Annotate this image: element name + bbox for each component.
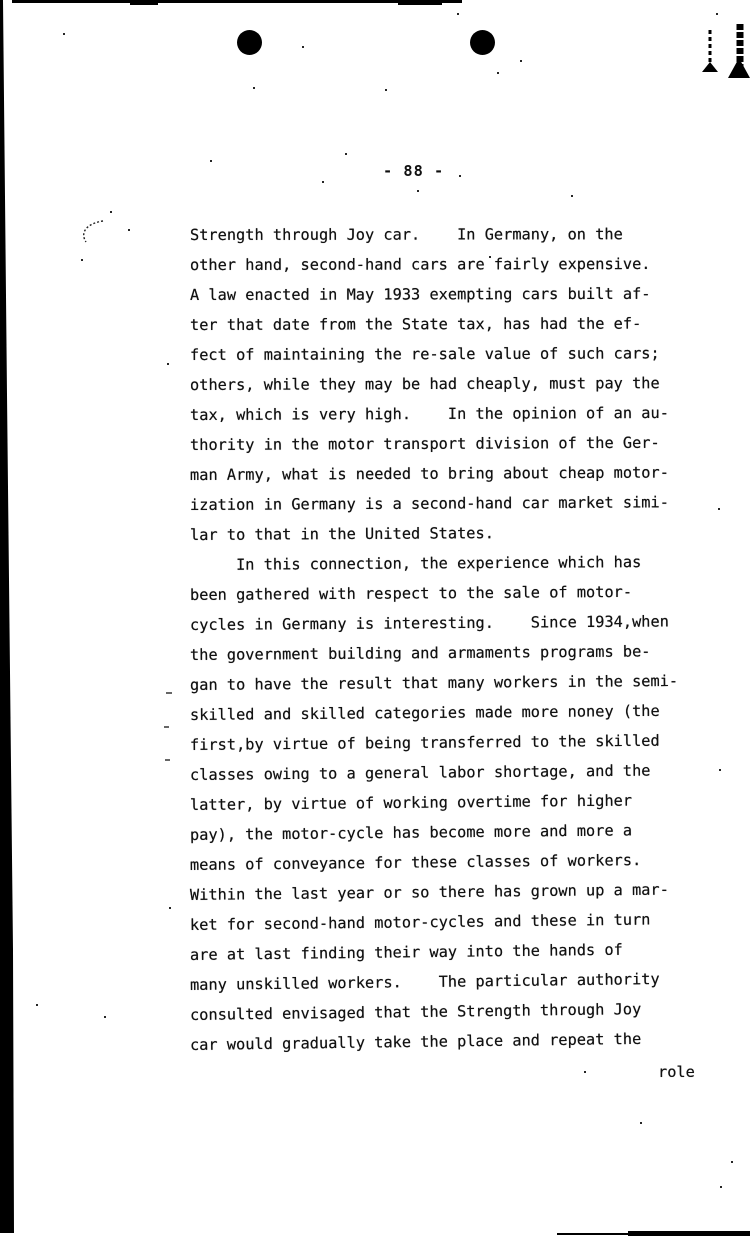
paper-speck (104, 1016, 106, 1018)
paper-speck (459, 175, 461, 177)
text-line: cycles in Germany is interesting. Since … (190, 606, 710, 640)
text-line: been gathered with respect to the sale o… (190, 576, 710, 610)
text-line: the government building and armaments pr… (190, 636, 710, 670)
paper-speck (385, 89, 387, 91)
text-line: other hand, second-hand cars are fairly … (190, 249, 710, 280)
paper-speck (63, 33, 65, 35)
text-line: skilled and skilled categories made more… (190, 695, 710, 730)
paper-speck (210, 160, 212, 162)
paper-speck (81, 259, 83, 261)
text-line: In this connection, the experience which… (190, 547, 710, 580)
paper-speck (322, 181, 324, 183)
text-line: thority in the motor transport division … (190, 428, 710, 460)
paper-speck (169, 907, 171, 909)
paper-speck (167, 363, 169, 365)
paper-speck (731, 1161, 733, 1163)
paper-speck (720, 1186, 722, 1188)
paper-speck (716, 13, 718, 15)
page-number: - 88 - (383, 162, 444, 180)
paper-speck (302, 46, 304, 48)
paper-speck (489, 256, 491, 258)
scan-edge-artifact-bottom (628, 1231, 750, 1236)
paper-speck (719, 769, 721, 771)
scan-edge-artifact-top-blob (398, 0, 442, 5)
scan-edge-artifact-left (0, 0, 15, 1233)
paper-speck (571, 195, 573, 197)
text-line: gan to have the result that many workers… (190, 666, 710, 700)
scan-edge-artifact-bottom (557, 1233, 632, 1235)
paper-speck (640, 1122, 642, 1124)
catchword: role (658, 1063, 695, 1081)
paper-speck (584, 1071, 586, 1073)
ink-smudge-marks (690, 10, 750, 100)
paper-speck (497, 72, 499, 74)
margin-tick-mark (165, 759, 170, 761)
scan-edge-artifact-top-blob (130, 0, 158, 5)
text-line: man Army, what is needed to bring about … (190, 457, 710, 490)
margin-tick-mark (166, 692, 172, 694)
text-line: A law enacted in May 1933 exempting cars… (190, 279, 710, 310)
scanned-document-page: - 88 - Strength through Joy car. In Germ… (0, 0, 750, 1238)
paper-speck (128, 229, 130, 231)
text-line: others, while they may be had cheaply, m… (190, 368, 710, 400)
paper-speck (110, 211, 112, 213)
text-line: ter that date from the State tax, has ha… (190, 308, 710, 340)
paper-speck (457, 13, 459, 15)
text-line: car would gradually take the place and r… (190, 1023, 710, 1060)
paper-speck (253, 87, 255, 89)
paper-speck (36, 1004, 38, 1006)
paper-speck (345, 153, 347, 155)
text-line: fect of maintaining the re-sale value of… (190, 338, 710, 370)
scan-edge-artifact-top (12, 0, 462, 3)
paper-speck (417, 190, 419, 192)
text-line: ization in Germany is a second-hand car … (190, 487, 710, 520)
margin-tick-mark (164, 726, 169, 728)
text-line: lar to that in the United States. (190, 517, 710, 550)
text-line: tax, which is very high. In the opinion … (190, 398, 710, 430)
hole-punch-left (237, 30, 262, 55)
hole-punch-right (470, 30, 495, 55)
paper-speck (718, 508, 720, 510)
text-line: Strength through Joy car. In Germany, on… (190, 219, 710, 250)
paper-speck (520, 60, 522, 62)
pencil-squiggle-mark (75, 215, 110, 247)
typed-text-block: Strength through Joy car. In Germany, on… (190, 220, 710, 1060)
